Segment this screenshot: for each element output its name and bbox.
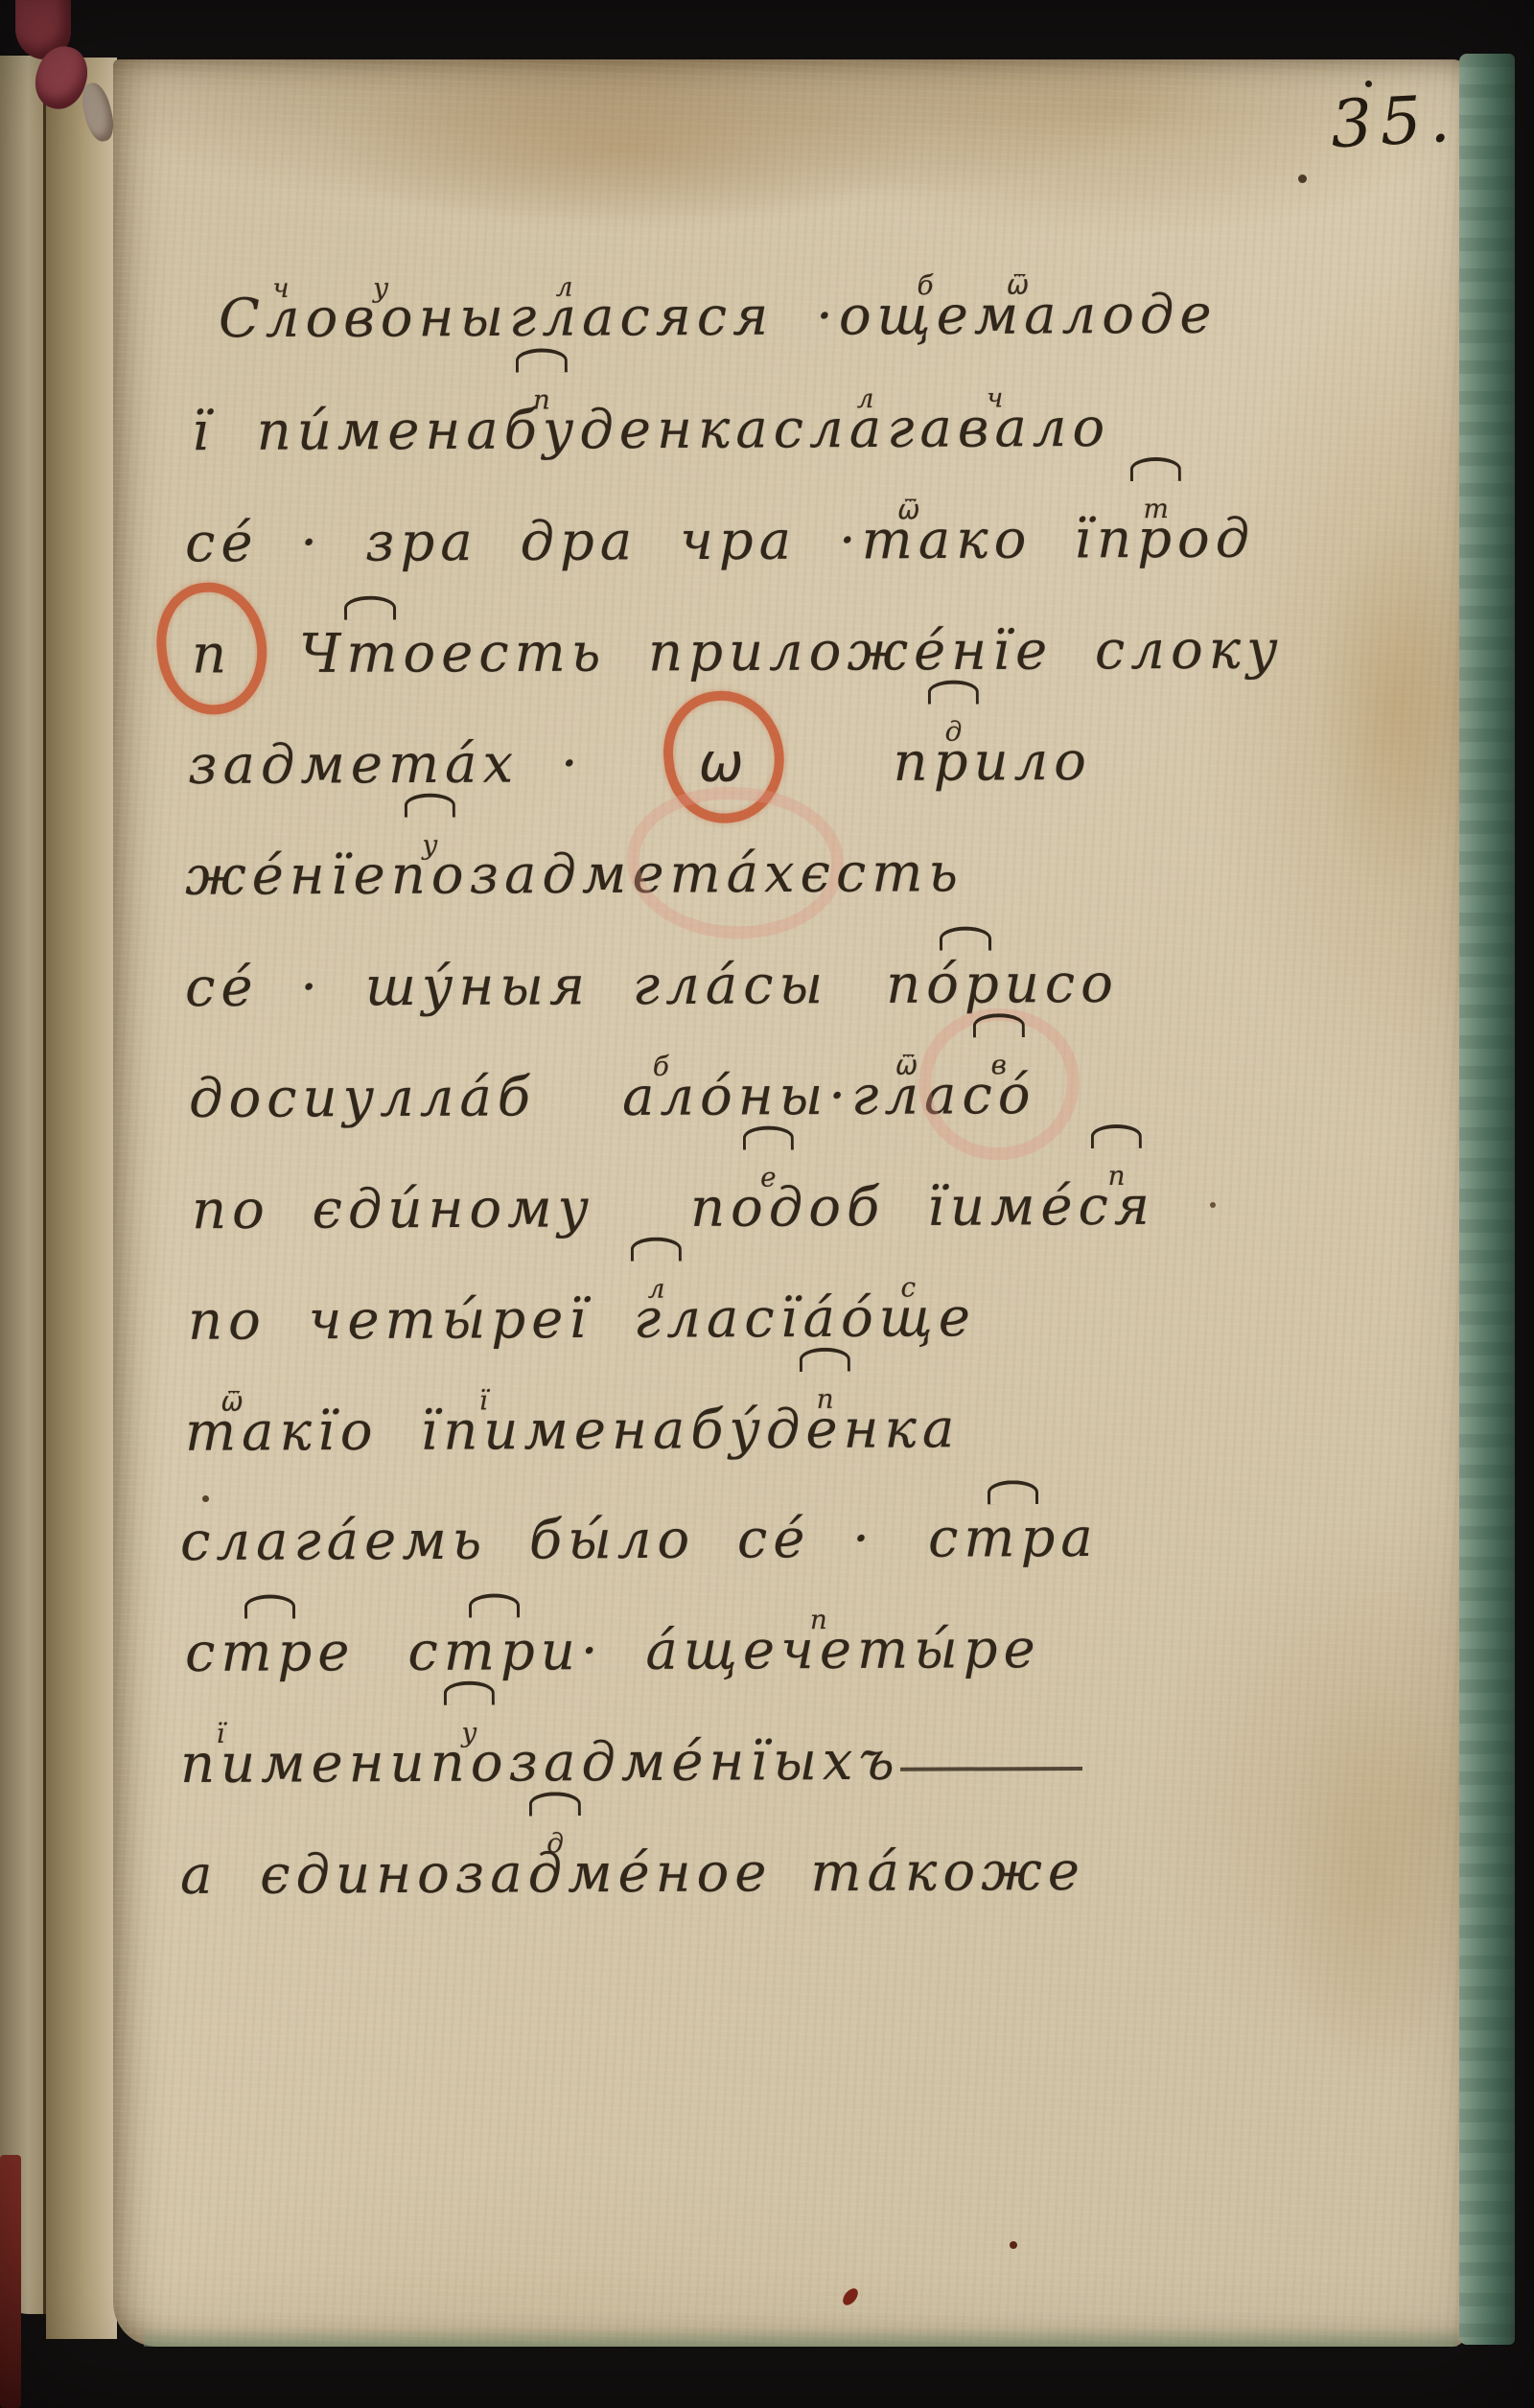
titlo-arc-icon [1130,457,1182,481]
word: Что [299,622,441,685]
titlo-arc-icon [1091,1124,1143,1148]
titlo-arc-icon [404,793,455,817]
titlo-arc-icon [516,348,568,372]
text-line-10: по четы́ре ї глалсїа́ о́щес [188,1286,976,1353]
text-line-11: таѿкїо ї пиїмена бу́денкап [185,1398,961,1464]
rubric-circle-faded: со́в [962,1064,1035,1126]
word: та́коже [810,1841,1085,1904]
word: ї пи́мена [192,400,504,463]
superscript-letter: ѿ [221,1385,244,1417]
word: Слоч [219,288,344,351]
word: слага́емь бы́ло се́ · [180,1508,875,1573]
word: глал [509,286,620,349]
superscript-letter: ѿ [1007,268,1030,300]
word: д [1216,508,1256,570]
word: со [1045,953,1119,1015]
word: буп [504,399,580,461]
superscript-letter: т [1143,493,1169,524]
word: о́ны· [700,1065,851,1128]
titlo-arc-icon [800,1348,851,1372]
superscript-letter: у [373,271,388,303]
rubric-circle-red: п [192,623,232,685]
superscript-letter: б [917,269,933,301]
titlo-arc-icon [469,1593,521,1617]
word: поу [391,844,470,906]
word: мени [261,1732,430,1795]
superscript-letter: в [991,1049,1007,1080]
text-line-5: задмета́х ·ѡпридло [188,730,1092,797]
word: по́ри [886,953,1045,1016]
titlo-arc-icon [443,1680,495,1704]
word: чеп [780,1619,857,1681]
superscript-letter: ї [479,1384,488,1416]
superscript-letter: л [857,382,874,414]
superscript-letter: д [546,1827,564,1859]
titlo-arc-icon [529,1792,581,1816]
word: таѿ [862,509,957,571]
word: по четы́ре [188,1288,569,1353]
text-line-14: пиїмени поу задме́нїыхъ [180,1729,1082,1795]
word: име́ [950,1175,1079,1239]
word: воу [343,287,419,349]
word: сяп [1078,1175,1155,1238]
word: задме́д [455,1842,656,1906]
text-line-6: же́нїе поу задмета́х єсть [185,842,964,908]
word: прид [893,730,1013,794]
word: се́ · зра дра чра · [185,509,862,574]
word: ное [656,1841,773,1905]
word: подое [690,1176,847,1239]
word: кїо ї [279,1401,443,1464]
word: лоде [1061,284,1217,347]
word: пиї [180,1733,261,1795]
word: есть приложе́нїе слоку [441,619,1284,685]
word: задмета́х · [188,732,584,797]
superscript-letter: п [810,1604,827,1635]
superscript-letter: п [817,1383,834,1415]
word: стри [407,1620,581,1683]
word: маѿ [974,284,1062,346]
text-line-3: се́ · зра дра чра · таѿко ї протд [185,508,1255,575]
superscript-letter: ѿ [897,494,920,525]
word: стра [928,1507,1099,1570]
word: · а́ще [581,1619,780,1682]
rubric-circle-red: ѡ [699,732,750,795]
superscript-letter: д [944,715,962,747]
text-line-2: ї пи́мена бупденка слагалвачло [192,397,1110,463]
superscript-letter: ѿ [895,1049,918,1080]
word: слагал [774,398,958,461]
superscript-letter: ч [987,382,1004,413]
rubric-circle-faded: та́х [669,843,800,906]
text-line-4: пЧто есть приложе́нїе слоку [192,619,1284,686]
word: б ї [847,1176,950,1239]
superscript-letter: б [653,1051,669,1082]
text-line-13: стрестри · а́ще чепты́ре [185,1618,1041,1684]
word: таѿ [185,1401,280,1463]
line-filler-rule [900,1767,1082,1771]
word: же́нїе [185,845,391,908]
word: о́щес [841,1286,976,1350]
word: єсть [800,842,964,905]
titlo-arc-icon [742,1125,794,1149]
word: сяся · [619,285,839,348]
word: щеб [876,285,973,347]
superscript-letter: у [422,828,437,860]
word: вач [958,397,1033,459]
word: се́ · шу́ныя гла́сы [185,954,828,1019]
word: задме́нїыхъ [508,1730,900,1794]
word: сїа́ [744,1287,841,1350]
word: ло [1033,397,1111,459]
word: ны [418,287,509,349]
manuscript-photo: 35. Слочвоуны глалсяся · ощебмаѿлодеї пи… [0,0,1534,2408]
word: прот [1097,508,1216,571]
text-line-7: се́ · шу́ныя гла́сы по́рисо [185,953,1119,1019]
word: по єди́ному [192,1177,594,1241]
superscript-letter: у [461,1716,476,1748]
word: ко ї [956,508,1097,571]
text-block: Слочвоуны глалсяся · ощебмаѿлодеї пи́мен… [0,0,1534,2408]
titlo-arc-icon [344,596,396,620]
titlo-arc-icon [988,1480,1039,1504]
word: ты́ре [857,1618,1041,1681]
superscript-letter: п [1108,1160,1126,1192]
word: денка [579,398,774,461]
word: поу [430,1732,509,1794]
word: стре [185,1621,356,1684]
superscript-letter: ї [216,1718,224,1749]
word: ї глал [569,1287,744,1351]
word: о [839,285,877,347]
superscript-letter: ч [272,272,290,304]
titlo-arc-icon [631,1237,683,1261]
text-line-8: досиулла́б албо́ны·глаѿсо́в [189,1064,1036,1130]
word: досиулла́б [189,1066,536,1130]
word: бу́денкап [690,1398,960,1461]
titlo-arc-icon [927,680,979,704]
word: ло [1013,730,1092,793]
superscript-letter: с [900,1271,916,1303]
word: мена [523,1399,690,1462]
superscript-letter: п [533,383,550,415]
word: а єдино [180,1843,455,1907]
text-line-9: по єди́ному подоеб ї име́сяп [192,1175,1155,1241]
word: пиї [443,1400,523,1462]
superscript-letter: л [648,1272,665,1304]
text-line-1: Слочвоуны глалсяся · ощебмаѿлоде [219,284,1218,351]
titlo-arc-icon [973,1013,1025,1037]
text-line-15: а єдинозадме́дное та́коже [180,1841,1085,1907]
word: алб [622,1066,700,1128]
titlo-arc-icon [244,1594,296,1618]
text-line-12: слага́емь бы́ло се́ ·стра [180,1507,1099,1573]
superscript-letter: е [760,1161,777,1192]
titlo-arc-icon [940,926,991,950]
superscript-letter: л [556,270,573,302]
